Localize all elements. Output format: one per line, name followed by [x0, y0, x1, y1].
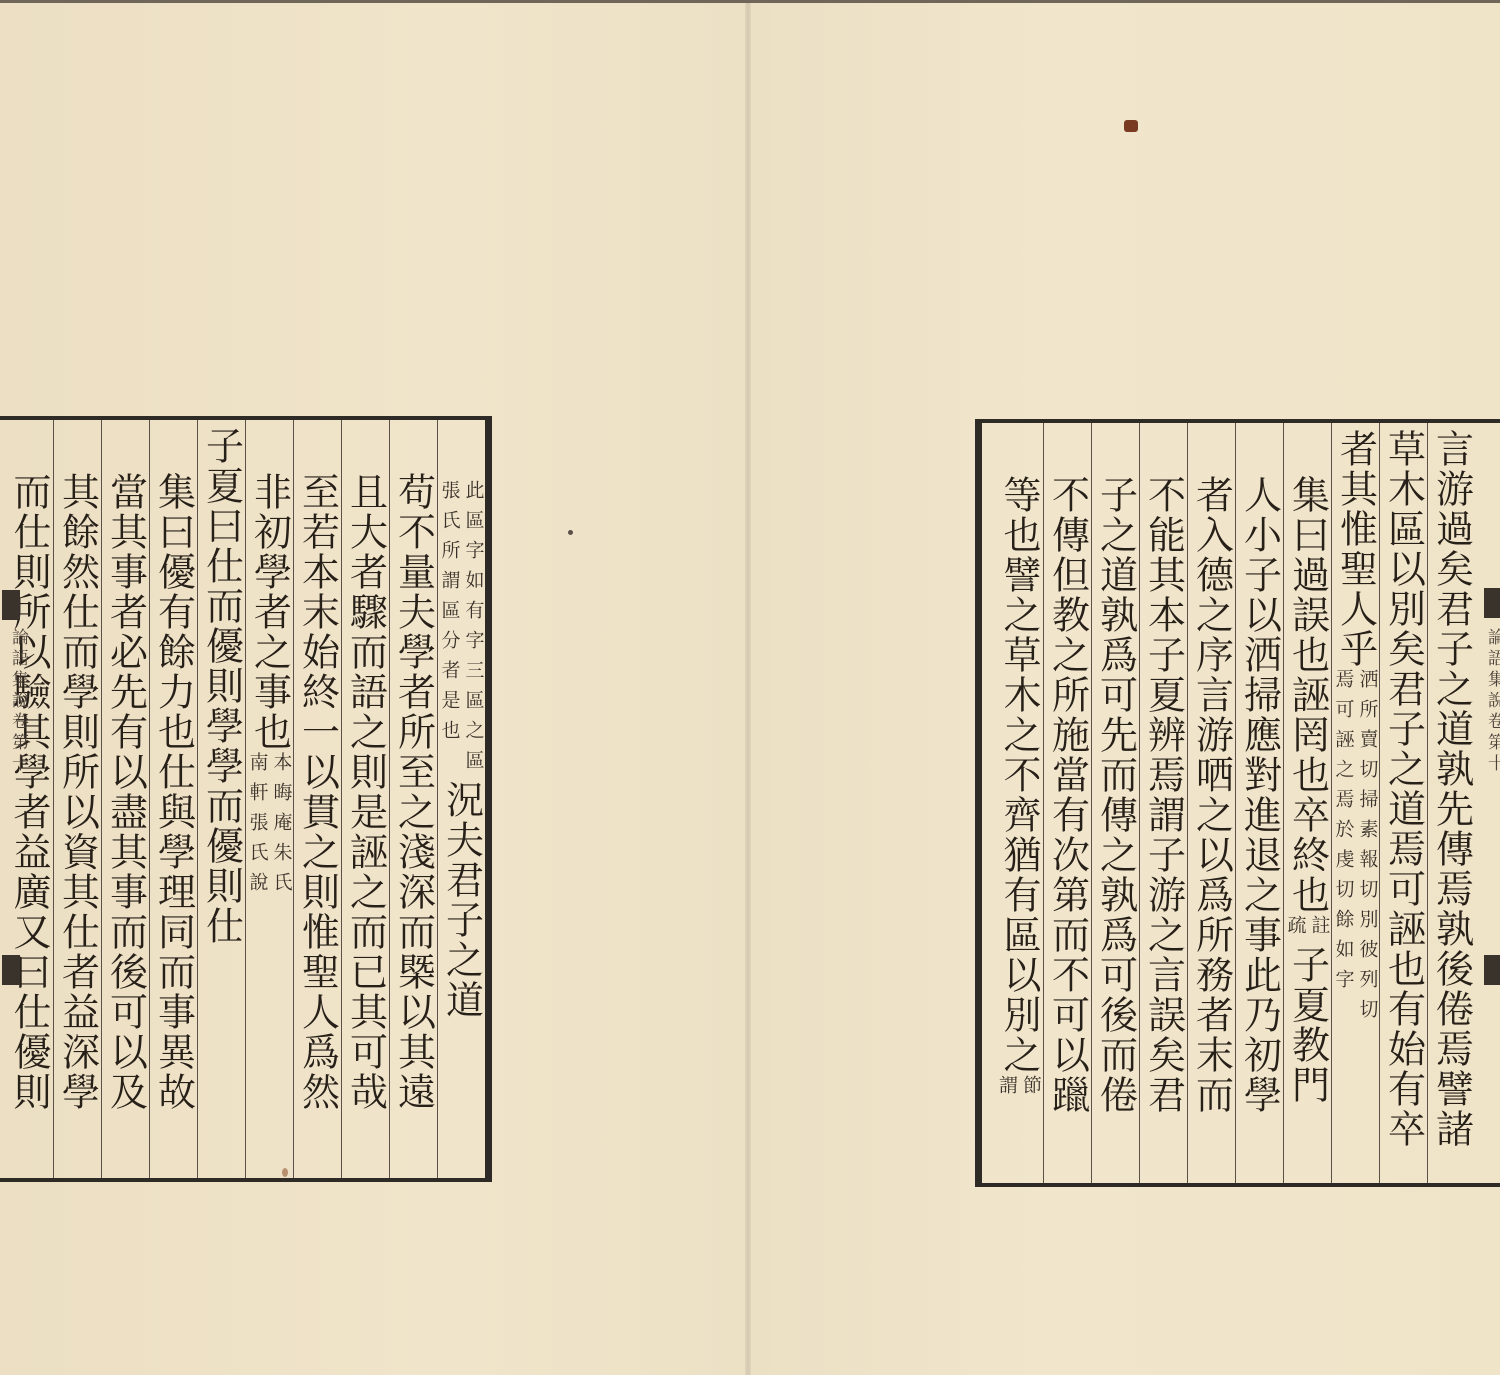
- annotation-right: 此區字如有字三區之區: [463, 480, 485, 780]
- column-text: 子之道孰爲可先而傳之孰爲可後而倦: [1094, 423, 1138, 1115]
- column-text: 當其事者必先有以盡其事而後可以及: [104, 420, 148, 1112]
- left-column-2: 苟不量夫學者所至之淺深而槩以其遠: [389, 420, 437, 1178]
- left-column-10: 而仕則所以驗其學者益廣又曰仕優則: [5, 420, 53, 1178]
- right-column-7: 不能其本子夏辨焉謂子游之言誤矣君: [1139, 423, 1187, 1183]
- left-column-1: 此區字如有字三區之區 張氏所謂區分者是也 況夫君子之道: [437, 420, 485, 1178]
- ink-stain: [1124, 120, 1138, 132]
- column-text: 非初學者之事也: [248, 472, 292, 752]
- column-text: 子夏曰仕而優則學學而優則仕: [200, 420, 244, 946]
- right-column-6: 者入德之序言游哂之以爲所務者末而: [1187, 423, 1235, 1183]
- column-text: 等也譬之草木之不齊猶有區以別之: [997, 475, 1041, 1075]
- right-text-frame: 言游過矣君子之道孰先傳焉孰後倦焉譬諸 草木區以別矣君子之道焉可誣也有始有卒 者其…: [975, 419, 1500, 1187]
- right-column-4: 集曰過誤也誣罔也卒終也 註 疏 子夏教門: [1283, 423, 1331, 1183]
- column-text: 不能其本子夏辨焉謂子游之言誤矣君: [1142, 423, 1186, 1115]
- right-column-3: 者其惟聖人乎 洒所賣切掃素報切別彼列切 焉可誣之焉於虔切餘如字: [1331, 423, 1379, 1183]
- column-text: 至若本末始終一以貫之則惟聖人爲然: [296, 420, 340, 1112]
- right-column-10: 等也譬之草木之不齊猶有區以別之 節 謂: [995, 423, 1043, 1183]
- fish-tail-mark: [2, 955, 20, 985]
- annotation-right: 註: [1309, 915, 1331, 945]
- column-text: 言游過矣君子之道孰先傳焉孰後倦焉譬諸: [1430, 423, 1474, 1149]
- left-column-9: 其餘然仕而學則所以資其仕者益深學: [53, 420, 101, 1178]
- fish-tail-mark: [1484, 588, 1500, 618]
- right-columns: 言游過矣君子之道孰先傳焉孰後倦焉譬諸 草木區以別矣君子之道焉可誣也有始有卒 者其…: [982, 423, 1475, 1183]
- column-text: 草木區以別矣君子之道焉可誣也有始有卒: [1382, 423, 1426, 1149]
- column-text: 者其惟聖人乎: [1334, 429, 1378, 669]
- column-text: 集曰過誤也誣罔也卒終也: [1286, 475, 1330, 915]
- annotation-left: 焉可誣之焉於虔切餘如字: [1333, 669, 1355, 1029]
- column-text: 人小子以洒掃應對進退之事此乃初學: [1238, 423, 1282, 1115]
- top-edge: [0, 0, 1500, 3]
- column-text: 者入德之序言游哂之以爲所務者末而: [1190, 423, 1234, 1115]
- column-text: 不傳但教之所施當有次第而不可以躐: [1046, 423, 1090, 1115]
- right-column-9: 不傳但教之所施當有次第而不可以躐: [1043, 423, 1091, 1183]
- left-column-5: 非初學者之事也 本晦庵朱氏 南軒張氏說: [245, 420, 293, 1178]
- book-gutter-fold: [745, 0, 751, 1375]
- column-text: 況夫君子之道: [440, 780, 484, 1020]
- annotation-left: 南軒張氏說: [247, 752, 269, 902]
- right-margin-title: 論語集說卷第十: [1482, 628, 1500, 775]
- left-column-6: 子夏曰仕而優則學學而優則仕: [197, 420, 245, 1178]
- paper-speck: [568, 530, 573, 535]
- fish-tail-mark: [1484, 955, 1500, 985]
- annotation-right: 本晦庵朱氏: [271, 752, 293, 902]
- left-columns: 此區字如有字三區之區 張氏所謂區分者是也 況夫君子之道 苟不量夫學者所至之淺深而…: [0, 420, 485, 1178]
- column-text: 苟不量夫學者所至之淺深而槩以其遠: [392, 420, 436, 1112]
- left-column-8: 當其事者必先有以盡其事而後可以及: [101, 420, 149, 1178]
- left-column-7: 集曰優有餘力也仕與學理同而事異故: [149, 420, 197, 1178]
- column-text: 集曰優有餘力也仕與學理同而事異故: [152, 420, 196, 1112]
- annotation-left: 張氏所謂區分者是也: [439, 480, 461, 780]
- annotation-right: 洒所賣切掃素報切別彼列切: [1357, 669, 1379, 1029]
- fish-tail-mark: [2, 590, 20, 620]
- left-margin-title: 論語集說卷第十: [6, 628, 31, 775]
- left-text-frame: 此區字如有字三區之區 張氏所謂區分者是也 況夫君子之道 苟不量夫學者所至之淺深而…: [0, 416, 492, 1182]
- right-column-8: 子之道孰爲可先而傳之孰爲可後而倦: [1091, 423, 1139, 1183]
- annotation-left: 疏: [1285, 915, 1307, 945]
- right-column-1: 言游過矣君子之道孰先傳焉孰後倦焉譬諸: [1427, 423, 1475, 1183]
- column-text: 其餘然仕而學則所以資其仕者益深學: [56, 420, 100, 1112]
- column-text: 且大者驟而語之則是誣之而已其可哉: [344, 420, 388, 1112]
- right-column-2: 草木區以別矣君子之道焉可誣也有始有卒: [1379, 423, 1427, 1183]
- right-column-5: 人小子以洒掃應對進退之事此乃初學: [1235, 423, 1283, 1183]
- column-text: 子夏教門: [1286, 945, 1330, 1105]
- annotation-left: 謂: [996, 1075, 1018, 1105]
- left-column-4: 至若本末始終一以貫之則惟聖人爲然: [293, 420, 341, 1178]
- left-column-3: 且大者驟而語之則是誣之而已其可哉: [341, 420, 389, 1178]
- annotation-right: 節: [1020, 1075, 1042, 1105]
